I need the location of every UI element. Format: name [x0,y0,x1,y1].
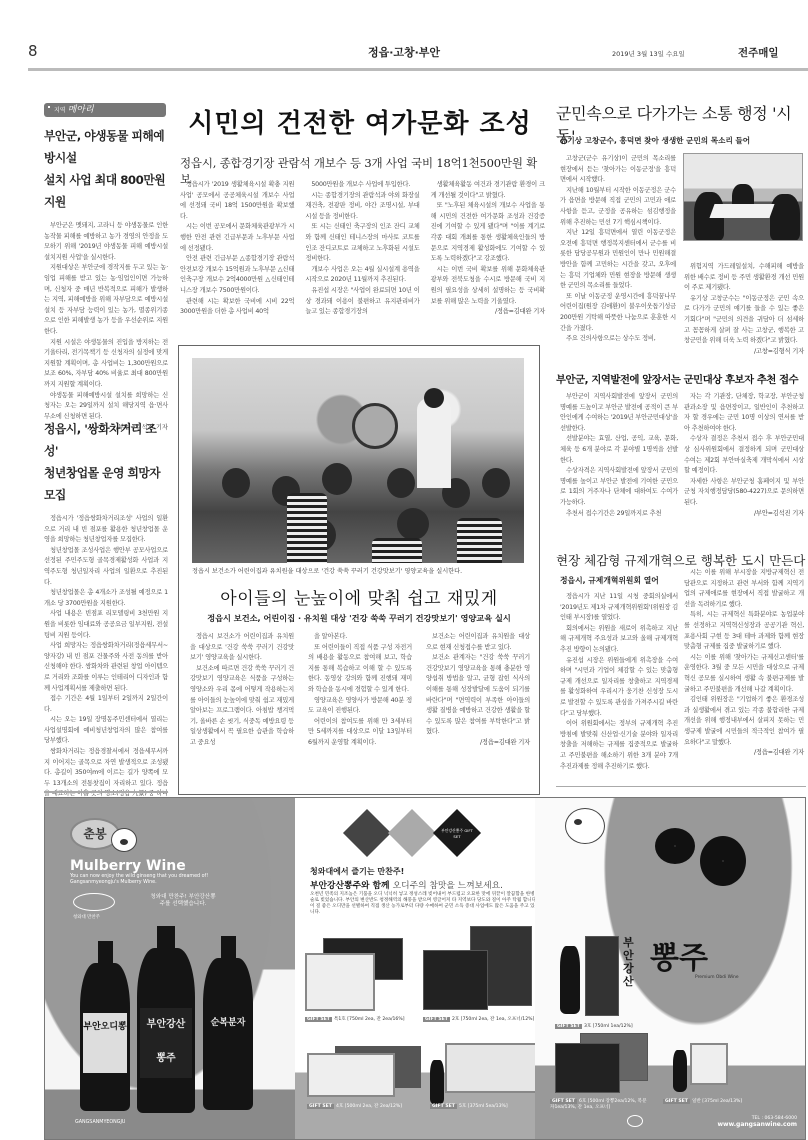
header-divider [28,68,808,71]
paragraph: 개보수 사업은 오는 4월 실시설계 용역을 시작으로 2020년 11월까지 … [305,265,419,286]
contact-info: TEL : 063-584-6000 www.gangsanwine.com [647,1116,797,1129]
website-link[interactable]: www.gangsanwine.com [718,1121,797,1128]
paragraph: 부안군은 멧돼지, 고라니 등 야생동물로 인한 농작물 피해를 예방하고 농가… [44,221,168,263]
paragraph: 유진섭 시장은 "사업이 완료되면 10년 이상 경과돼 이용이 불편하고 유지… [305,286,419,318]
mascot-icon [111,828,137,852]
mulberry-diamond-icon [343,809,391,857]
feature-article-body: 정읍시 보건소가 어린이집과 유치원을 대상으로 '건강 쑥쑥 꾸러기 건강맛보… [190,632,530,749]
byline: /정읍=김대완 기자 [426,738,530,749]
paragraph: 회의에서는 위원을 새로이 위촉하고 지난해 규제개혁 주요성과 보고와 올해 … [560,624,678,656]
issue-date: 2019년 3월 13일 수요일 [612,49,685,58]
emblem-text: 청와대 만찬주! 부안강산뽕주를 선택했습니다. [148,894,218,908]
paragraph: 어린이의 참여도를 위해 만 3세부터 만 5세까지를 대상으로 이달 13일부… [308,717,412,749]
ad-body-text: 오천년 민족의 지조높은 기품을 오디 넉넉히 넣고 정성스레 빚어내어 부드럽… [310,892,540,916]
paragraph: 수상자 결정은 추천서 접수 후 부안군민대상 심사위원회에서 결정하게 되며 … [684,434,804,476]
paragraph: 생활체육활동 여건과 경기관람 환경이 크게 개선될 것이다"고 밝혔다. [431,180,545,201]
company-name: GANGSANMYEONGJU [75,1120,125,1125]
mascot-icon [565,808,605,844]
gochang-body-left: 고창군(군수 유기상)이 군민의 목소리를 현장에서 듣는 '찾아가는 이동군정… [560,154,676,345]
newspaper-name: 전주매일 [738,45,779,60]
mulberry-fruit-icon [655,828,695,864]
feature-column-3: 보건소는 어린이집과 유치원을 대상으로 현재 신청접수를 받고 있다. 보건소… [426,632,530,749]
feature-subheadline: 정읍시 보건소, 어린이집 · 유치원 대상 '건강 쑥쑥 꾸러기 건강맛보기'… [178,613,540,624]
paragraph: 접수 기간은 4월 1일부터 2일까지 2일간이다. [44,694,168,715]
lead-column-1: 정읍시가 '2019 생활체육시설 확충 지원사업' 공모에서 공공체육시설 개… [180,180,294,318]
paragraph: 자세한 사항은 부안군청 홈페이지 및 부안군청 자치행정담당(580-4227… [684,477,804,509]
paragraph: 추천서 접수기간은 29일까지로 추천 [560,509,678,520]
gochang-body-right: 위험지역 가드레일설치, 수해피해 예방을 위한 배수로 정비 등 주민 생활환… [684,262,804,357]
gift-set-caption-5: GIFT SET5호 [375ml 5ea/13%] [430,1103,508,1109]
brand-vertical-text: 부안강산 [623,936,641,988]
buan-award-body-left: 부안군이 지역사회발전에 앞장서 군민의 명예를 드높이고 부안군 발전에 공적… [560,392,678,519]
paragraph: 시는 오는 19일 장명동주민센터에서 열리는 사업설명회에 예비청년창업자의 … [44,715,168,747]
paragraph: 보건소에 따르면 건강 쑥쑥 꾸러기 건강맛보기 영양교육은 식품을 구성하는 … [190,664,294,749]
paragraph: 유기상 고창군수는 "이동군정은 군민 속으로 다가가 군민의 얘기를 들을 수… [684,294,804,347]
ad-headline-2: 부안강산뽕주와 함께 오디주의 참맛을 느껴보세요. [310,878,503,891]
gift-set-caption-4: GIFT SET4호 [500ml 2ea, 잔 2ea/12%] [307,1103,402,1109]
headline-line-2: 설치 사업 최대 800만원 지원 [44,169,168,213]
paragraph: 지원대상은 부안군에 경작지를 두고 있는 농·임업 피해를 받고 있는 농·임… [44,263,168,337]
feature-column-1: 정읍시 보건소가 어린이집과 유치원을 대상으로 '건강 쑥쑥 꾸러기 건강맛보… [190,632,294,749]
bottle-bokbunja: 순복분자 [203,958,253,1110]
badge-prefix: 지역 [54,107,66,114]
emblem-caption: 청와대 만찬주 [73,914,100,920]
photo-caption: 정읍시 보건소가 어린이집과 유치원을 대상으로 '건강 쑥쑥 꾸러기 건강맛보… [192,566,532,575]
paragraph: 또 "노후된 체육시설의 개보수 사업을 통해 시민의 건전한 여가문화 조성과… [431,201,545,265]
advertisement[interactable]: 춘봉 Mulberry Wine You can now enjoy the w… [44,797,806,1140]
paragraph: 고창군(군수 유기상)이 군민의 목소리를 현장에서 듣는 '찾아가는 이동군정… [560,154,676,186]
paragraph: 5000만원을 개보수 사업에 투입한다. [305,180,419,191]
badge-label: 메아리 [68,105,94,115]
ad-center-panel: 부안강산뽕주 GIFT SET 청와대에서 즐기는 만찬주! 부안강산뽕주와 함… [295,798,545,1140]
gift-set-caption-2: GIFT SET2호 [750ml 2ea, 잔 1ea, 오프너/12%] [423,1016,534,1022]
paragraph: 수상자격은 지역사회발전에 앞장서 군민의 명예를 높이고 부안군 발전에 기여… [560,466,678,508]
bottle-gift-3 [560,946,580,1014]
gochang-subheadline: 유기상 고창군수, 흥덕면 찾아 생생한 군민의 목소리 들어 [560,135,750,146]
gift-box-2-front [423,950,488,1010]
paragraph: 안전 관련 긴급부문 △종합경기장 관람석 안전보강 개보수 15억원과 노후부… [180,254,294,296]
paragraph: 특히, 시는 규제혁신 특화분야로 농업분야를 선정하고 지역혁신성장과 공공기… [684,610,804,652]
column-badge: 지역메아리 [44,103,166,117]
article-ssanghwa-street: 정읍시, '쌍화차거리 조성' 청년창업몰 운영 희망자 모집 정읍시가 '정읍… [44,418,168,820]
paragraph: 시는 종합경기장의 관람석과 야외 화장실 재건축, 전광판 정비, 야간 조명… [305,191,419,223]
meeting-photo [683,153,803,241]
bottle-gangsan-ppongju: 부안강산 뽕주 [137,948,195,1113]
paragraph: 정읍시가 '2019 생활체육시설 확충 지원사업' 공모에서 공공체육시설 개… [180,180,294,222]
paragraph: 또 어린이들이 직접 식품 구성 자전거의 배용을 활동으로 참여해 보고, 학… [308,643,412,696]
paragraph: 청년창업몰은 총 4개소가 조성될 예정으로 1개소 당 3700만원을 지원한… [44,588,168,609]
paragraph: 지난해 10월부터 시작한 이동군정은 군수가 읍면을 방문해 직접 군민의 고… [560,186,676,228]
gift-set-caption-7: GIFT SET일반 [375ml 2ea/13%] [663,1098,742,1104]
paragraph: 청년창업몰 조성사업은 행안부 공모사업으로 선정된 주민주도형 골목경제활성화… [44,546,168,588]
gift-box-5 [445,1043,540,1093]
byline: /고창=김형식 기자 [684,347,804,358]
paragraph: 사업 희망자는 정읍쌍화차거리(정읍세무서~양자강) 내 빈 점포 건물주와 사… [44,641,168,694]
paragraph: 관련해 시는 확보한 국비에 시비 22억3000만원을 더한 총 사업비 40… [180,297,294,318]
buan-award-body-right: 자는 각 기관장, 단체장, 학교장, 부안군청 관과소장 및 읍면장이고, 일… [684,392,804,519]
ad-left-panel: 춘봉 Mulberry Wine You can now enjoy the w… [45,798,305,1140]
headline-line-1: 부안군, 야생동물 피해예방시설 [44,125,168,169]
column-divider [556,786,806,787]
paragraph: 김인태 위원장은 "기업하기 좋은 환경조성과 실생활에서 겪고 있는 각종 불… [684,695,804,748]
leaf-diamond-icon [388,809,436,857]
paragraph: 이어 위원회에서는 정부의 규제개혁 추진 방침에 발맞춰 신산업·신기술 분야… [560,719,678,772]
paragraph: 시는 이를 위해 부시장을 지방규제혁신 전담관으로 지정하고 관련 부서와 함… [684,568,804,610]
blue-house-emblem-icon [73,893,115,911]
paragraph: 사업 내용은 빈점포 리모델링비 3천만원 지원을 비롯한 임대료와 공공요금 … [44,609,168,641]
headline-line-2: 청년창업몰 운영 희망자 모집 [44,462,168,506]
feature-headline: 아이들의 눈높이에 맞춰 쉽고 재밌게 [178,584,540,609]
byline: /정읍=김대완 기자 [431,307,545,318]
gift-box-6-front [555,1043,620,1093]
regulation-body-right: 시는 이를 위해 부시장을 지방규제혁신 전담관으로 지정하고 관련 부서와 함… [684,568,804,759]
regulation-subheadline: 정읍시, 규제개혁위원회 열어 [560,575,659,586]
gift-set-caption-6: GIFT SET6호 [500ml 장뽕2ea/12%, 복분자1ea/13%,… [550,1098,650,1110]
paragraph: 보건소는 어린이집과 유치원을 대상으로 현재 신청접수를 받고 있다. [426,632,530,653]
paragraph: 선발분야는 효열, 산업, 공익, 교육, 문화, 체육 등 6개 분야로 각 … [560,434,678,466]
paragraph: 자는 각 기관장, 단체장, 학교장, 부안군청 관과소장 및 읍면장이고, 일… [684,392,804,434]
paragraph: 보건소 관계자는 "건강 쑥쑥 꾸러기 건강맛보기 영양교육을 통해 충분한 영… [426,653,530,738]
paragraph: 시는 이번 공모에서 문화체육관광부가 시행한 안전 관련 긴급부문과 노후부문… [180,222,294,254]
ad-tagline-en: You can now enjoy the wild ginseng that … [70,874,300,886]
regulation-body-left: 정읍시가 지난 11일 시청 중회의실에서 '2019년도 제1차 규제개혁위원… [560,592,678,772]
article-body: 부안군은 멧돼지, 고라니 등 야생동물로 인한 농작물 피해를 예방하고 농가… [44,221,168,422]
bottle-gift-7 [673,1050,687,1092]
paragraph: 지난 12일 흥덕면에서 열린 이동군정은 오전에 흥덕면 행정복지센터에서 군… [560,228,676,292]
ad-title-en: Mulberry Wine [70,858,186,874]
paragraph: 시는 이를 위해 '찾아가는 규제신고센터'를 운영한다. 3월 중 모든 시민… [684,653,804,695]
gift-box-1-front [305,953,375,1011]
gift-set-tag: 부안강산뽕주 GIFT SET [437,828,477,839]
gift-box-7 [690,1043,728,1085]
byline: /부안=김석진 기자 [684,509,804,520]
tagline-line-2: Gangsanmyeongju's Mulberry Wine. [70,880,300,886]
ad-headline-1: 청와대에서 즐기는 만찬주! [310,866,404,877]
lead-article-body: 정읍시가 '2019 생활체육시설 확충 지원사업' 공모에서 공공체육시설 개… [180,180,545,318]
paragraph: 또 시는 신태인 축구장의 인조 잔디 교체와 함께 신태인 테니스장의 마사토… [305,222,419,264]
byline: /정읍=김대완 기자 [684,748,804,759]
gift-box-4-front [307,1053,395,1097]
gift-set-caption-1: GIFT SET특1호 [750ml 2ea, 잔 2ea/16%] [305,1016,405,1022]
classroom-photo [192,358,524,563]
gift-box-3 [585,936,619,1016]
ad-right-panel: GIFT SET3호 [750ml 1ea/12%] 부안강산 뽕주 Premi… [535,798,806,1140]
column-divider [44,791,168,793]
brand-big-text: 뽕주 [650,933,708,977]
lead-column-3: 생활체육활동 여건과 경기관람 환경이 크게 개선될 것이다"고 밝혔다. 또 … [431,180,545,318]
paragraph: 또 이날 이동군정 운영시간에 흥덕꿈나무어린이집(원장 김애환)이 불우이웃돕… [560,292,676,334]
paragraph: 지원 시설은 야생동물의 진입을 방지하는 전기울타리, 전기목책기 등 신청자… [44,338,168,391]
paragraph: 위험지역 가드레일설치, 수해피해 예방을 위한 배수로 정비 등 주민 생활환… [684,262,804,294]
paragraph: 부안군이 지역사회발전에 앞장서 군민의 명예를 드높이고 부안군 발전에 공적… [560,392,678,434]
article-wildlife: 부안군, 야생동물 피해예방시설 설치 사업 최대 800만원 지원 부안군은 … [44,125,168,431]
gift-set-caption-3: GIFT SET3호 [750ml 1ea/12%] [555,1023,633,1029]
buan-award-headline: 부안군, 지역발전에 앞장서는 군민대상 후보자 추천 접수 [556,371,806,386]
paragraph: 정읍시가 지난 11일 시청 중회의실에서 '2019년도 제1차 규제개혁위원… [560,592,678,624]
regulation-headline: 현장 체감형 규제개혁으로 행복한 도시 만든다 [556,551,806,569]
section-title: 정읍·고창·부안 [0,44,808,60]
mulberry-fruit-icon [700,836,746,886]
paragraph: 정읍시가 '정읍쌍화차거리조성' 사업의 일환으로 거리 내 빈 점포를 활용한… [44,514,168,546]
feature-column-2: 을 알아본다. 또 어린이들이 직접 식품 구성 자전거의 배용을 활동으로 참… [308,632,412,749]
bottle-small [430,1060,444,1105]
paragraph: 정읍시 보건소가 어린이집과 유치원을 대상으로 '건강 쑥쑥 꾸러기 건강맛보… [190,632,294,664]
lead-headline: 시민의 건전한 여가문화 조성 [175,103,545,140]
company-logo-icon [627,1115,643,1127]
paragraph: 주요 건의사항으로는 상수도 정비, [560,334,676,345]
paragraph: 영양교육은 영양사가 방문해 40분 정도 교육이 진행된다. [308,696,412,717]
bottle-odiippong: 부안오디뽕 [80,963,130,1111]
lead-column-2: 5000만원을 개보수 사업에 투입한다. 시는 종합경기장의 관람석과 야외 … [305,180,419,318]
headline-line-1: 정읍시, '쌍화차거리 조성' [44,418,168,462]
premium-label: Premium Obdi Wine [695,975,739,981]
paragraph: 시는 이번 국비 확보를 위해 문화체육관광부와 전북도청을 수시로 방문해 국… [431,265,545,307]
paragraph: 유진섭 시장은 위원들에게 위촉장을 수여하며 "시민과 기업이 체감할 수 있… [560,656,678,720]
article-body: 정읍시가 '정읍쌍화차거리조성' 사업의 일환으로 거리 내 빈 점포를 활용한… [44,514,168,811]
paragraph: 을 알아본다. [308,632,412,643]
